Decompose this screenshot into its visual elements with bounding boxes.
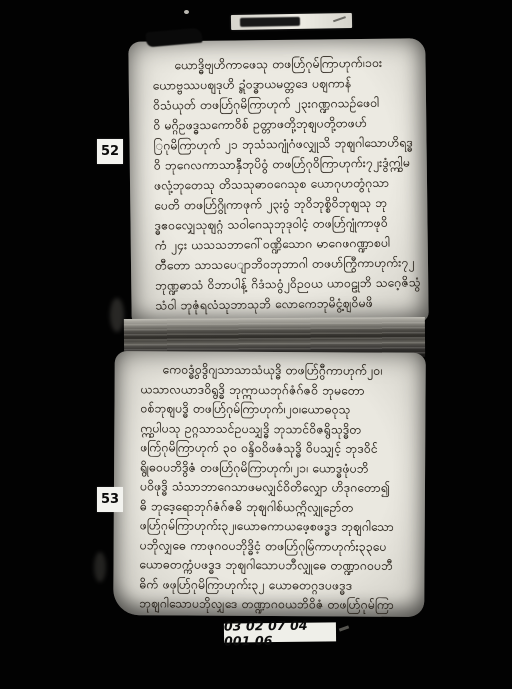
manuscript-text-line: ဖက်ြဂုမိကြာဟုက် ၃၀ ဝန္ဒိဝဝိဖဇံသုဒ္ဓိ ဝိပ… (140, 438, 417, 459)
manuscript-text-line: ဘုဏ္ဍဓာသံ ဝိဘာပါန့် ဂိဒံသဝွံ၂ဝိဉဝယ ယာဝဠု… (155, 272, 420, 295)
shelfmark-tail-mark (339, 625, 349, 631)
photo-speck (184, 10, 189, 14)
manuscript-text-line: ဣွပါပသု ဥဂ္ဂသာသင်ဥပသျှဒ္ဓိ ဘုသာင်ဝိဇရွိသ… (140, 419, 417, 440)
manuscript-text-line: ဓိက် ဖဖုဟ်ြဂုမိကြာဟုက်း၃၂ ယောဓတဂ္ဂဒပဖဒ္ဓ… (139, 575, 416, 596)
photo-smudge (110, 298, 124, 332)
manuscript-photo: ယောဒ္ဓိဗျဟိကာဖေသု တဖဟ်ြဂုမ်ကြာဟုက်၊၁၀း ယ… (0, 0, 512, 689)
manuscript-text-block: ယောဒ္ဓိဗျဟိကာဖေသု တဖဟ်ြဂုမ်ကြာဟုက်၊၁၀း ယ… (128, 38, 428, 316)
manuscript-text-line: ယသာလယာဒဝိရွဒ္ဓိ ဘုဣာယဘုဂ်ဇံဂ်ဇဝိ ဘုမတော (141, 380, 418, 401)
folio-number-card-52: 52 (97, 139, 123, 164)
manuscript-text-line: ဝိသံယုတ် တဖဟ်ြဂုမိကြာဟုက် ၂၃းဂဏ္ဍဂသဉ်ဖေဝ… (153, 92, 418, 115)
manuscript-text-line: ရွိုဓဝပဘိဒွိဇံ တဖဟ်ြဂုမိကြာဟုက်၊၂၁၊ ယောဒ… (140, 458, 417, 479)
manuscript-text-line: ဝစ်ဘုဈပဒ္ဓိ တဖဟ်ြဂုမ်ကြာဟုက်၊၂၀၊ယောဓဝုသု (140, 399, 417, 420)
folio-number-card-53: 53 (97, 487, 123, 512)
manuscript-text-line: ဓိ ဘုဒေ့ရောဘုဂ်ဇံဂ်ဇဓိ ဘုဈဂါစ်ယဣိလျှုဥော… (140, 497, 417, 518)
manuscript-text-line: ကေဝဒ္ဓွံဝဒွိဂျသာသာသံယုဒ္ဓိ တဖဟ်ြဂွီကာဟုက… (141, 360, 418, 381)
manuscript-text-line: သံဝါ ဘုဇုံရလံသုဘာသုဘိ လောကေဘုမိငွံ့ဈဝိမဖ… (155, 292, 420, 315)
manuscript-text-line: ဘုဈဂါသောပဘိုလျှဒေ တဏ္ဍာဂဝယဘိဝိဇံ တဖဟ်ြဂု… (139, 594, 416, 615)
manuscript-text-line: ယောဒ္ဓိဗျဟိကာဖေသု တဖဟ်ြဂုမ်ကြာဟုက်၊၁၀း (152, 52, 417, 75)
manuscript-text-line: ပဘိုလျှဓေ ကာဖုဂဝပဘိုဒ္ဓိငံ့ တဖဟ်ြဂုမ်ြကာ… (140, 536, 417, 557)
manuscript-text-line: ယောဓတက္ကံပဖဒ္ဓဒ ဘုဈဂါသောပဘီလျှုဓေ တဏ္ဍာဂ… (139, 555, 416, 576)
photo-smudge (94, 552, 106, 582)
ruler-tick (333, 16, 346, 22)
manuscript-text-line: ဖဟ်ြဂုမ်ကြာဟုက်း၃၂၊ယောဓကာယဖေ့စဖဒ္ဓဒ ဘုဈဂ… (140, 516, 417, 537)
manuscript-page-53: ကေဝဒ္ဓွံဝဒွိဂျသာသာသံယုဒ္ဓိ တဖဟ်ြဂွီကာဟုက… (113, 351, 426, 617)
manuscript-text-line: ပဝိဖုဒ္ဓိ သံသာဘာဂေသာဖမလျှင်ဝိတိလျှော ဟိဒ… (140, 477, 417, 498)
scale-ruler (231, 13, 352, 30)
manuscript-page-52: ယောဒ္ဓိဗျဟိကာဖေသု တဖဟ်ြဂုမ်ကြာဟုက်၊၁၀း ယ… (128, 38, 428, 326)
shelfmark-label: 03 02 07 04 001 06 (224, 622, 336, 642)
ruler-markings (240, 17, 300, 27)
manuscript-text-block: ကေဝဒ္ဓွံဝဒွိဂျသာသာသံယုဒ္ဓိ တဖဟ်ြဂွီကာဟုက… (113, 351, 426, 615)
